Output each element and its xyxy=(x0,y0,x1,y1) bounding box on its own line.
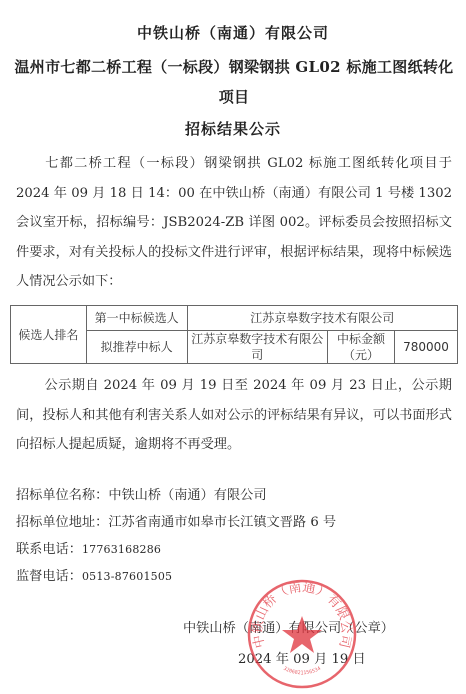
tenderer-name-value: 中铁山桥（南通）有限公司 xyxy=(108,488,266,503)
publicity-text: 公示期自 2024 年 09 月 19 日至 2024 年 09 月 23 日止… xyxy=(16,378,452,452)
tenderer-name-line: 招标单位名称：中铁山桥（南通）有限公司 xyxy=(16,484,267,503)
project-title: 温州市七都二桥工程（一标段）钢梁钢拱 GL02 标施工图纸转化项目 xyxy=(14,52,454,112)
tenderer-address-value: 江苏省南通市如皋市长江镇文晋路 6 号 xyxy=(108,515,336,530)
intro-paragraph: 七都二桥工程（一标段）钢梁钢拱 GL02 标施工图纸转化项目于 2024 年 0… xyxy=(16,149,452,297)
contact-phone-label: 联系电话： xyxy=(16,542,82,557)
signature-org: 中铁山桥（南通）有限公司（公章） xyxy=(183,617,394,636)
ranking-header-cell: 候选人排名 xyxy=(11,306,87,364)
amount-value: 780000 xyxy=(395,331,458,364)
company-title: 中铁山桥（南通）有限公司 xyxy=(0,22,466,43)
contact-phone-line: 联系电话：17763168286 xyxy=(16,538,161,557)
intro-text: 七都二桥工程（一标段）钢梁钢拱 GL02 标施工图纸转化项目于 2024 年 0… xyxy=(16,156,452,289)
tenderer-address-label: 招标单位地址： xyxy=(16,515,108,530)
table-row: 候选人排名 第一中标候选人 江苏京皋数字技术有限公司 xyxy=(11,306,458,331)
supervise-phone-line: 监督电话：0513-87601505 xyxy=(16,565,172,584)
seal-serial-text: 3206821156534 xyxy=(282,666,322,677)
supervise-phone-value: 0513-87601505 xyxy=(82,570,172,583)
candidate-table: 候选人排名 第一中标候选人 江苏京皋数字技术有限公司 拟推荐中标人 江苏京皋数字… xyxy=(10,305,458,364)
tenderer-address-line: 招标单位地址：江苏省南通市如皋市长江镇文晋路 6 号 xyxy=(16,511,336,530)
signature-date: 2024 年 09 月 19 日 xyxy=(238,648,366,667)
first-candidate-label: 第一中标候选人 xyxy=(86,306,187,331)
notice-title: 招标结果公示 xyxy=(0,118,466,139)
recommended-value: 江苏京皋数字技术有限公司 xyxy=(187,331,328,364)
recommended-label: 拟推荐中标人 xyxy=(86,331,187,364)
seal-arc-text: 中铁山桥（南通）有限公司 xyxy=(250,579,354,649)
tenderer-name-label: 招标单位名称： xyxy=(16,488,108,503)
first-candidate-value: 江苏京皋数字技术有限公司 xyxy=(187,306,457,331)
supervise-phone-label: 监督电话： xyxy=(16,569,82,584)
publicity-paragraph: 公示期自 2024 年 09 月 19 日至 2024 年 09 月 23 日止… xyxy=(16,371,452,460)
contact-phone-value: 17763168286 xyxy=(82,543,161,556)
amount-label: 中标金额（元） xyxy=(328,331,395,364)
